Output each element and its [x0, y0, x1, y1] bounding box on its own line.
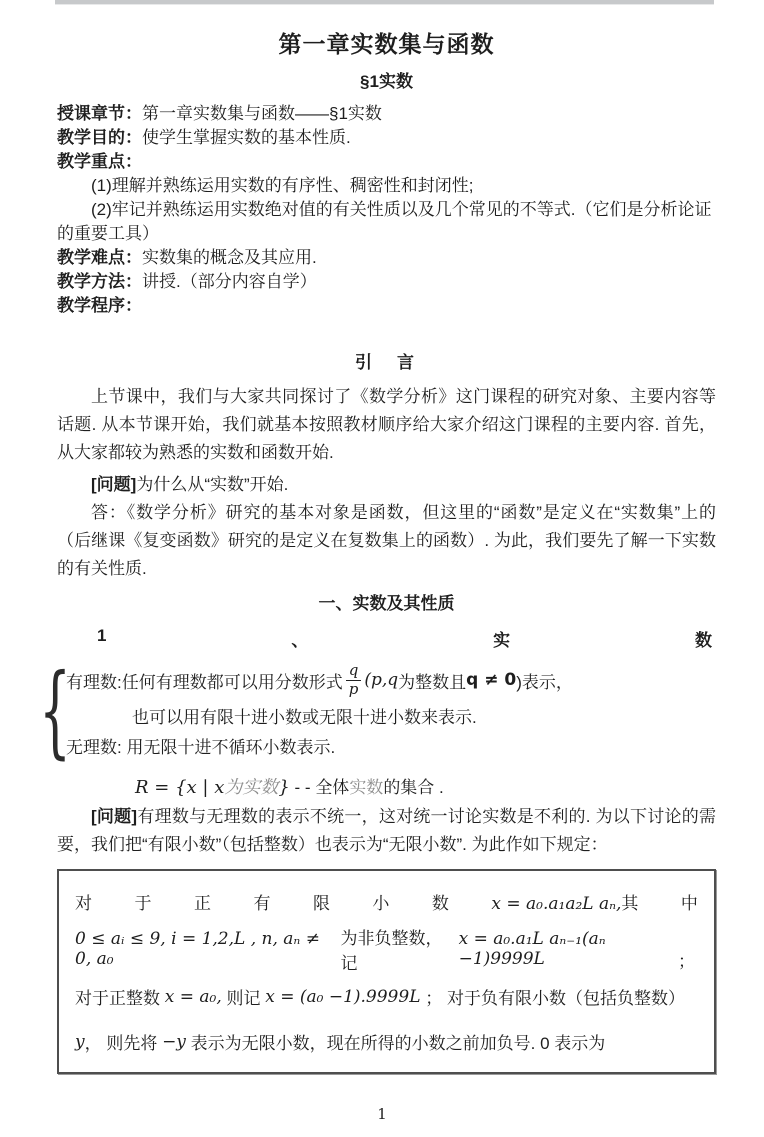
- box-line-2: 0 ≤ aᵢ ≤ 9, i = 1,2,L , n, aₙ ≠ 0, a₀为非负…: [75, 924, 698, 974]
- box-line-3: 对于正整数 x = a₀, 则记 x = (a₀ −1).9999L ； 对于负…: [75, 974, 698, 1019]
- rational-condition-text: 为整数且: [398, 668, 466, 693]
- teaching-text: (1)理解并熟练运用实数的有序性、稠密性和封闭性;: [91, 176, 474, 195]
- section-title: §1实数: [57, 67, 716, 92]
- box-text: 表示为无限小数，现在所得的小数之前加负号. 0 表示为: [186, 1029, 605, 1054]
- teaching-label: 授课章节：: [57, 104, 142, 123]
- chapter-title: 第一章实数集与函数: [57, 26, 716, 59]
- box-text: ； 对于负有限小数（包括负整数）: [420, 984, 684, 1009]
- box-word: 有: [253, 889, 270, 914]
- subsection-part: 、: [291, 626, 308, 651]
- box-line-1: 对 于 正 有 限 小 数 x = a₀.a₁a₂L aₙ,其 中: [75, 879, 698, 924]
- box-word: 正: [194, 889, 211, 914]
- real-set-formula-faint: 为实数: [224, 777, 278, 798]
- box-text: 为非负整数， 记: [341, 924, 459, 974]
- teaching-keypoint-2: (2)牢记并熟练运用实数绝对值的有关性质以及几个常见的不等式.（它们是分析论证的…: [57, 198, 716, 246]
- teaching-text: 讲授.（部分内容自学）: [142, 272, 317, 291]
- question-label: [问题]: [91, 807, 137, 826]
- box-word: 限: [313, 889, 330, 914]
- page-top-edge: [55, 0, 714, 5]
- box-line-4: y， 则先将 −y 表示为无限小数，现在所得的小数之前加负号. 0 表示为: [75, 1019, 698, 1064]
- teaching-label: 教学重点：: [57, 152, 142, 171]
- question-label: [问题]: [91, 475, 136, 494]
- box-text: 则记: [222, 984, 265, 1009]
- teaching-item-goal: 教学目的：使学生掌握实数的基本性质.: [57, 126, 716, 150]
- question-text: 有理数与无理数的表示不统一，这对统一讨论实数是不利的. 为以下讨论的需要，我们把…: [57, 807, 716, 854]
- rational-condition-math: (p,q: [364, 670, 398, 690]
- subsection-heading: 1 、 实 数: [97, 626, 712, 651]
- teaching-text: 第一章实数集与函数——§1实数: [142, 104, 382, 123]
- teaching-item-keypoints: 教学重点：: [57, 150, 716, 174]
- subsection-part: 实: [493, 626, 510, 651]
- real-set-definition: R = {x | x为实数} - - 全体实数的集合 .: [57, 773, 716, 799]
- irrational-text: 用无限十进不循环小数表示.: [126, 738, 335, 757]
- teaching-label: 教学目的：: [57, 128, 142, 147]
- box-formula-group: x = a₀.a₁a₂L aₙ,其: [491, 889, 638, 914]
- document-page: 第一章实数集与函数 §1实数 授课章节：第一章实数集与函数——§1实数 教学目的…: [0, 0, 764, 1137]
- number-classification: { 有理数: 任何有理数都可以用分数形式 q p (p,q 为整数且 q ≠ 0…: [44, 657, 716, 763]
- box-formula: 0 ≤ aᵢ ≤ 9, i = 1,2,L , n, aₙ ≠ 0, a₀: [75, 929, 341, 969]
- teaching-text: 使学生掌握实数的基本性质.: [142, 128, 351, 147]
- teaching-keypoint-1: (1)理解并熟练运用实数的有序性、稠密性和封闭性;: [57, 174, 716, 198]
- teaching-text: 实数集的概念及其应用.: [142, 248, 317, 267]
- box-word: 其: [621, 894, 638, 913]
- teaching-text: (2)牢记并熟练运用实数绝对值的有关性质以及几个常见的不等式.（它们是分析论证的…: [57, 200, 712, 243]
- teaching-label: 教学难点：: [57, 248, 142, 267]
- box-formula: x = a₀,: [165, 987, 222, 1007]
- real-set-formula: R = {x | x: [135, 777, 224, 798]
- rational-text: 任何有理数都可以用分数形式: [122, 668, 343, 693]
- question-2: [问题]有理数与无理数的表示不统一，这对统一讨论实数是不利的. 为以下讨论的需要…: [57, 803, 716, 859]
- dash-separator: - -: [295, 778, 316, 797]
- real-set-desc-end: 的集合 .: [383, 778, 443, 797]
- teaching-item-method: 教学方法：讲授.（部分内容自学）: [57, 270, 716, 294]
- box-word: 数: [432, 889, 449, 914]
- box-text: 对于正整数: [75, 984, 165, 1009]
- subsection-part: 数: [695, 626, 712, 651]
- teaching-label: 教学程序：: [57, 296, 142, 315]
- fraction-q-over-p: q p: [346, 662, 362, 698]
- left-brace-glyph: {: [50, 657, 61, 763]
- teaching-item-difficulty: 教学难点：实数集的概念及其应用.: [57, 246, 716, 270]
- introduction-heading: 引 言: [57, 348, 716, 373]
- document-body: 第一章实数集与函数 §1实数 授课章节：第一章实数集与函数——§1实数 教学目的…: [57, 26, 716, 1074]
- fraction-numerator: q: [346, 662, 362, 680]
- box-formula: x = a₀.a₁a₂L aₙ,: [491, 894, 621, 914]
- teaching-item-procedure: 教学程序：: [57, 294, 716, 318]
- rational-condition-nonzero: q ≠ 0: [466, 670, 516, 690]
- rational-definition-line: 有理数: 任何有理数都可以用分数形式 q p (p,q 为整数且 q ≠ 0 )…: [66, 662, 716, 698]
- box-text: ， 则先将: [85, 1029, 162, 1054]
- teaching-label: 教学方法：: [57, 272, 142, 291]
- answer-paragraph: 答：《数学分析》研究的基本对象是函数，但这里的“函数”是定义在“实数集”上的（后…: [57, 499, 716, 583]
- teaching-item-chapter: 授课章节：第一章实数集与函数——§1实数: [57, 102, 716, 126]
- box-formula: x = (a₀ −1).9999L: [265, 987, 420, 1007]
- teaching-info: 授课章节：第一章实数集与函数——§1实数 教学目的：使学生掌握实数的基本性质. …: [57, 102, 716, 318]
- fraction-denominator: p: [346, 681, 362, 698]
- irrational-label: 无理数:: [66, 738, 122, 757]
- box-formula: −y: [162, 1032, 186, 1052]
- question-1: [问题]为什么从“实数”开始.: [57, 471, 716, 499]
- irrational-definition-line: 无理数: 用无限十进不循环小数表示.: [66, 733, 716, 758]
- decimal-convention-box: 对 于 正 有 限 小 数 x = a₀.a₁a₂L aₙ,其 中 0 ≤ aᵢ…: [57, 869, 716, 1074]
- box-word: 中: [681, 889, 698, 914]
- real-set-desc: 全体: [315, 778, 349, 797]
- section-1-heading: 一、实数及其性质: [57, 589, 716, 614]
- subsection-part: 1: [97, 626, 106, 651]
- real-set-formula-close: }: [278, 777, 289, 798]
- real-set-desc-faint: 实数: [349, 778, 383, 797]
- rational-label: 有理数:: [66, 668, 122, 693]
- rational-condition-end: )表示，: [516, 668, 573, 693]
- box-formula: y: [75, 1032, 85, 1052]
- introduction-paragraph: 上节课中，我们与大家共同探讨了《数学分析》这门课程的研究对象、主要内容等话题. …: [57, 383, 716, 467]
- question-text: 为什么从“实数”开始.: [136, 475, 288, 494]
- box-word: 对: [75, 889, 92, 914]
- box-word: 于: [134, 889, 151, 914]
- box-text: ；: [678, 927, 698, 972]
- rational-definition-line-2: 也可以用有限十进小数或无限十进小数来表示.: [66, 703, 716, 728]
- box-word: 小: [372, 889, 389, 914]
- box-formula: x = a₀.a₁L aₙ₋₁(aₙ −1)9999L: [459, 929, 678, 969]
- page-number: 1: [0, 1105, 764, 1123]
